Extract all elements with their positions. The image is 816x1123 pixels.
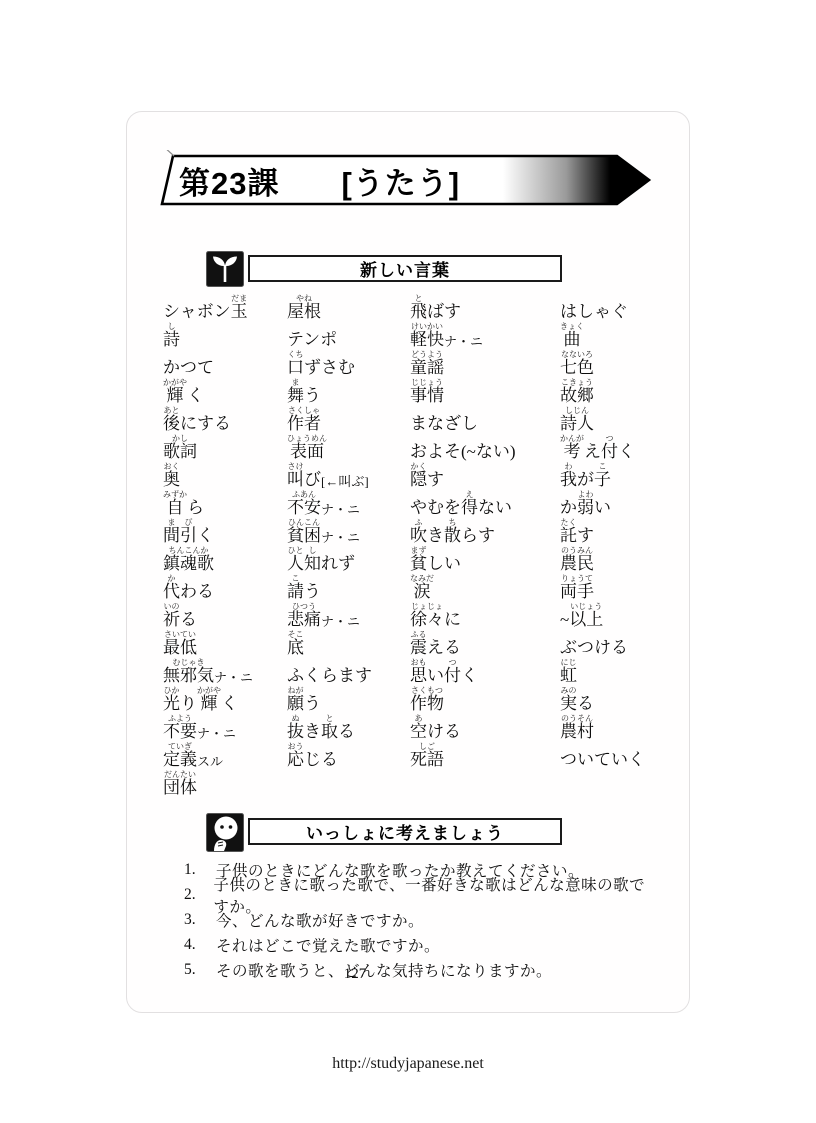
thinking-face-icon	[206, 813, 244, 852]
vocab-item: 輝かがやく	[163, 376, 287, 404]
vocab-item: 貧まずしい	[410, 544, 560, 572]
vocab-item: 歌詞かし	[163, 432, 287, 460]
vocab-item: 童謡どうよう	[410, 348, 560, 376]
question-item: 2.子供のときに歌った歌で、一番好きな歌はどんな意味の歌ですか。	[184, 882, 654, 907]
vocab-item: 屋根やね	[287, 292, 410, 320]
vocab-item: やむを得えない	[410, 488, 560, 516]
vocab-item: 願ねがう	[287, 684, 410, 712]
vocab-item: 両手りょうて	[560, 572, 683, 600]
vocab-item: 応おうじる	[287, 740, 410, 768]
vocab-item: か弱よわい	[560, 488, 683, 516]
vocab-item: 七色なないろ	[560, 348, 683, 376]
vocab-item: 故郷こきょう	[560, 376, 683, 404]
vocab-item: ぶつける	[560, 628, 683, 656]
vocab-item	[560, 768, 683, 796]
vocab-item: 奥おく	[163, 460, 287, 488]
vocab-item: 農村のうそん	[560, 712, 683, 740]
vocab-item: 底そこ	[287, 628, 410, 656]
vocab-item: およそ(~ない)	[410, 432, 560, 460]
question-number: 4.	[184, 936, 216, 954]
vocab-item: 団体だんたい	[163, 768, 287, 796]
vocab-item: はしゃぐ	[560, 292, 683, 320]
vocab-item: 実みのる	[560, 684, 683, 712]
vocab-item: シャボン玉だま	[163, 292, 287, 320]
lesson-number: 第23課	[179, 158, 279, 203]
question-number: 3.	[184, 911, 216, 929]
textbook-page: { "header": { "lesson_number": "第23課", "…	[0, 0, 816, 1123]
vocab-item: まなざし	[410, 404, 560, 432]
vocab-item: 口くちずさむ	[287, 348, 410, 376]
vocab-item: 自みずから	[163, 488, 287, 516]
question-number: 5.	[184, 961, 216, 979]
lesson-banner: 第23課 [うたう]	[157, 150, 653, 210]
vocab-item: 農民のうみん	[560, 544, 683, 572]
vocab-item: 詩し	[163, 320, 287, 348]
vocab-item: 表面ひょうめん	[287, 432, 410, 460]
vocab-item: 空あける	[410, 712, 560, 740]
vocab-item: 託たくす	[560, 516, 683, 544]
vocab-item: 請こう	[287, 572, 410, 600]
vocab-item: 後あとにする	[163, 404, 287, 432]
vocab-item: 曲きょく	[560, 320, 683, 348]
vocab-item: 飛とばす	[410, 292, 560, 320]
vocab-item: 我わが子こ	[560, 460, 683, 488]
footer-url: http://studyjapanese.net	[0, 1055, 816, 1073]
sprout-icon	[206, 251, 244, 287]
vocab-item: ついていく	[560, 740, 683, 768]
vocab-item: 死語しご	[410, 740, 560, 768]
vocab-item: 代かわる	[163, 572, 287, 600]
vocab-item: 最低さいてい	[163, 628, 287, 656]
question-text: それはどこで覚えた歌ですか。	[216, 934, 440, 956]
vocab-item: 叫さけび[←叫ぶ]	[287, 460, 410, 488]
section-title-discussion: いっしょに考えましょう	[306, 819, 504, 844]
vocab-item: 人ひと知しれず	[287, 544, 410, 572]
vocab-item: 隠かくす	[410, 460, 560, 488]
vocab-item: 祈いのる	[163, 600, 287, 628]
vocab-item: 吹ふき散ちらす	[410, 516, 560, 544]
vocab-item: 不安ふあんナ・ニ	[287, 488, 410, 516]
vocab-item: 徐々じょじょに	[410, 600, 560, 628]
vocab-item: 考かんがえ付つく	[560, 432, 683, 460]
vocab-item: ふくらます	[287, 656, 410, 684]
section-header-discussion: いっしょに考えましょう	[248, 818, 562, 845]
question-list: 1.子供のときにどんな歌を歌ったか教えてください。2.子供のときに歌った歌で、一…	[184, 857, 654, 982]
vocab-item	[410, 768, 560, 796]
vocab-item: テンポ	[287, 320, 410, 348]
vocab-item: 涙なみだ	[410, 572, 560, 600]
vocab-item: 事情じじょう	[410, 376, 560, 404]
question-text: 今、どんな歌が好きですか。	[216, 909, 424, 931]
vocab-item: 定義ていぎスル	[163, 740, 287, 768]
vocab-item: 作者さくしゃ	[287, 404, 410, 432]
vocab-item: 虹にじ	[560, 656, 683, 684]
vocab-item: 軽快けいかいナ・ニ	[410, 320, 560, 348]
vocab-item: 抜ぬき取とる	[287, 712, 410, 740]
lesson-title: [うたう]	[341, 158, 460, 203]
vocab-item: 舞まう	[287, 376, 410, 404]
vocab-item	[287, 768, 410, 796]
question-item: 5.その歌を歌うと、どんな気持ちになりますか。	[184, 957, 654, 982]
vocab-item: 鎮魂歌ちんこんか	[163, 544, 287, 572]
section-header-vocab: 新しい言葉	[248, 255, 562, 282]
section-title-vocab: 新しい言葉	[360, 256, 450, 281]
question-item: 4.それはどこで覚えた歌ですか。	[184, 932, 654, 957]
vocab-item: 不要ふようナ・ニ	[163, 712, 287, 740]
vocab-item: かつて	[163, 348, 287, 376]
page-number: 127	[330, 966, 380, 983]
vocab-grid: シャボン玉だま屋根やね飛とばすはしゃぐ詩しテンポ軽快けいかいナ・ニ曲きょくかつて…	[163, 292, 683, 796]
vocab-item: 作物さくもつ	[410, 684, 560, 712]
vocab-item: 光ひかり輝かがやく	[163, 684, 287, 712]
question-number: 2.	[184, 886, 213, 904]
vocab-item: 震ふるえる	[410, 628, 560, 656]
vocab-item: 間ま引びく	[163, 516, 287, 544]
vocab-item: 貧困ひんこんナ・ニ	[287, 516, 410, 544]
question-number: 1.	[184, 861, 216, 879]
vocab-item: 無邪気むじゃきナ・ニ	[163, 656, 287, 684]
vocab-item: ~以上いじょう	[560, 600, 683, 628]
vocab-item: 詩人しじん	[560, 404, 683, 432]
vocab-item: 思おもい付つく	[410, 656, 560, 684]
vocab-item: 悲痛ひつうナ・ニ	[287, 600, 410, 628]
question-text: その歌を歌うと、どんな気持ちになりますか。	[216, 959, 552, 981]
